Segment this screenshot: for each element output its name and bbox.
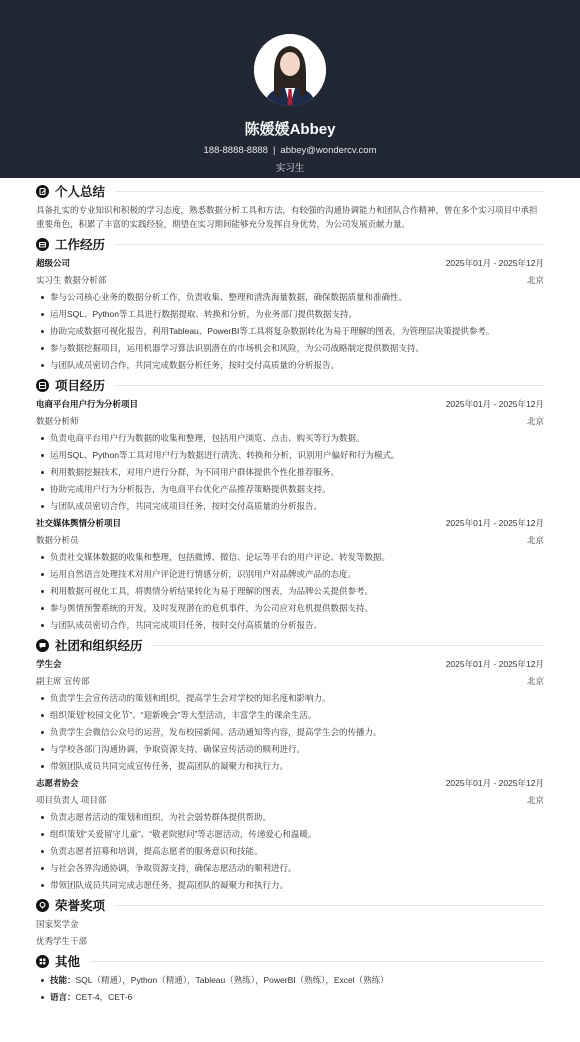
briefcase-icon xyxy=(36,238,49,251)
list-item: 带领团队成员共同完成志愿任务，提高团队的凝聚力和执行力。 xyxy=(36,877,544,894)
candidate-name: 陈媛媛Abbey xyxy=(0,118,580,139)
list-item: 组织策划“校园文化节”、“迎新晚会”等大型活动，丰富学生的课余生活。 xyxy=(36,707,544,724)
award-item: 国家奖学金 xyxy=(36,916,544,933)
list-item: 带领团队成员共同完成宣传任务，提高团队的凝聚力和执行力。 xyxy=(36,758,544,775)
section-divider xyxy=(115,191,544,192)
entry-header: 超级公司 2025年01月 - 2025年12月 xyxy=(36,255,544,272)
work-entry: 超级公司 2025年01月 - 2025年12月 实习生 数据分析部 北京 参与… xyxy=(36,255,544,374)
edit-icon xyxy=(36,185,49,198)
position: 数据分析员 xyxy=(36,532,79,549)
list-item: 参与公司核心业务的数据分析工作，负责收集、整理和清洗海量数据，确保数据质量和准确… xyxy=(36,289,544,306)
date-range: 2025年01月 - 2025年12月 xyxy=(446,396,544,413)
section-title: 个人总结 xyxy=(55,182,105,200)
list-item: 协助完成数据可视化报告，利用Tableau、PowerBI等工具将复杂数据转化为… xyxy=(36,323,544,340)
section-header: 工作经历 xyxy=(36,233,544,255)
item-label: 技能： xyxy=(50,975,76,985)
language-item: 语言：CET-4，CET-6 xyxy=(36,989,544,1006)
date-range: 2025年01月 - 2025年12月 xyxy=(446,775,544,792)
entry-subheader: 数据分析员 北京 xyxy=(36,532,544,549)
section-projects: 项目经历 电商平台用户行为分析项目 2025年01月 - 2025年12月 数据… xyxy=(36,374,544,634)
organization-name: 志愿者协会 xyxy=(36,775,79,792)
section-divider xyxy=(153,645,544,646)
list-item: 负责学生会宣传活动的策划和组织，提高学生会对学校的知名度和影响力。 xyxy=(36,690,544,707)
bullet-list: 负责电商平台用户行为数据的收集和整理，包括用户浏览、点击、购买等行为数据。 运用… xyxy=(36,430,544,515)
project-name: 电商平台用户行为分析项目 xyxy=(36,396,138,413)
section-title: 荣誉奖项 xyxy=(55,896,105,914)
list-item: 与团队成员密切合作，共同完成项目任务，按时交付高质量的分析报告。 xyxy=(36,498,544,515)
list-item: 利用数据挖掘技术，对用户进行分群，为不同用户群体提供个性化推荐服务。 xyxy=(36,464,544,481)
location: 北京 xyxy=(527,792,544,809)
entry-header: 电商平台用户行为分析项目 2025年01月 - 2025年12月 xyxy=(36,396,544,413)
section-summary: 个人总结 具备扎实的专业知识和积极的学习态度，熟悉数据分析工具和方法，有较强的沟… xyxy=(36,180,544,231)
list-item: 负责志愿者活动的策划和组织，为社会弱势群体提供帮助。 xyxy=(36,809,544,826)
list-item: 运用SQL、Python等工具进行数据提取、转换和分析，为业务部门提供数据支持。 xyxy=(36,306,544,323)
skills-item: 技能：SQL（精通），Python（精通），Tableau（熟练），PowerB… xyxy=(36,972,544,989)
position: 数据分析师 xyxy=(36,413,79,430)
bullet-list: 技能：SQL（精通），Python（精通），Tableau（熟练），PowerB… xyxy=(36,972,544,1006)
grid-icon xyxy=(36,955,49,968)
location: 北京 xyxy=(527,413,544,430)
location: 北京 xyxy=(527,673,544,690)
medal-icon xyxy=(36,899,49,912)
phone-number: 188-8888-8888 xyxy=(204,145,268,156)
position: 副主席 宣传部 xyxy=(36,673,89,690)
section-awards: 荣誉奖项 国家奖学金 优秀学生干部 xyxy=(36,894,544,950)
item-value: SQL（精通），Python（精通），Tableau（熟练），PowerBI（熟… xyxy=(76,975,389,985)
list-item: 与学校各部门沟通协调，争取资源支持，确保宣传活动的顺利进行。 xyxy=(36,741,544,758)
list-item: 负责学生会微信公众号的运营，发布校园新闻、活动通知等内容，提高学生会的传播力。 xyxy=(36,724,544,741)
email-address: abbey@wondercv.com xyxy=(280,145,376,156)
entry-subheader: 数据分析师 北京 xyxy=(36,413,544,430)
project-name: 社交媒体舆情分析项目 xyxy=(36,515,121,532)
entry-subheader: 项目负责人 项目部 北京 xyxy=(36,792,544,809)
bullet-list: 参与公司核心业务的数据分析工作，负责收集、整理和清洗海量数据，确保数据质量和准确… xyxy=(36,289,544,374)
section-header: 个人总结 xyxy=(36,180,544,202)
list-item: 运用自然语言处理技术对用户评论进行情感分析，识别用户对品牌或产品的态度。 xyxy=(36,566,544,583)
section-header: 社团和组织经历 xyxy=(36,634,544,656)
list-item: 组织策划“关爱留守儿童”、“敬老院慰问”等志愿活动，传递爱心和温暖。 xyxy=(36,826,544,843)
item-label: 语言： xyxy=(50,992,76,1002)
list-item: 参与舆情预警系统的开发，及时发现潜在的危机事件，为公司应对危机提供数据支持。 xyxy=(36,600,544,617)
contact-separator: | xyxy=(273,145,275,156)
section-header: 荣誉奖项 xyxy=(36,894,544,916)
club-entry: 志愿者协会 2025年01月 - 2025年12月 项目负责人 项目部 北京 负… xyxy=(36,775,544,894)
project-entry: 电商平台用户行为分析项目 2025年01月 - 2025年12月 数据分析师 北… xyxy=(36,396,544,515)
list-item: 与团队成员密切合作，共同完成项目任务，按时交付高质量的分析报告。 xyxy=(36,617,544,634)
list-item: 参与数据挖掘项目，运用机器学习算法识别潜在的市场机会和风险，为公司战略制定提供数… xyxy=(36,340,544,357)
date-range: 2025年01月 - 2025年12月 xyxy=(446,656,544,673)
job-intention: 实习生 xyxy=(0,160,580,174)
section-divider xyxy=(115,905,544,906)
contact-line: 188-8888-8888|abbey@wondercv.com xyxy=(0,145,580,156)
resume-header: 陈媛媛Abbey 188-8888-8888|abbey@wondercv.co… xyxy=(0,0,580,178)
list-item: 利用数据可视化工具，将舆情分析结果转化为易于理解的图表，为品牌公关提供参考。 xyxy=(36,583,544,600)
profile-photo xyxy=(254,34,326,106)
section-other: 其他 技能：SQL（精通），Python（精通），Tableau（熟练），Pow… xyxy=(36,950,544,1006)
award-item: 优秀学生干部 xyxy=(36,933,544,950)
organization-name: 学生会 xyxy=(36,656,62,673)
entry-header: 社交媒体舆情分析项目 2025年01月 - 2025年12月 xyxy=(36,515,544,532)
section-header: 其他 xyxy=(36,950,544,972)
chat-icon xyxy=(36,639,49,652)
section-divider xyxy=(115,385,544,386)
bullet-list: 负责社交媒体数据的收集和整理，包括微博、微信、论坛等平台的用户评论、转发等数据。… xyxy=(36,549,544,634)
list-item: 与社会各界沟通协调，争取资源支持，确保志愿活动的顺利进行。 xyxy=(36,860,544,877)
list-item: 负责电商平台用户行为数据的收集和整理，包括用户浏览、点击、购买等行为数据。 xyxy=(36,430,544,447)
section-title: 其他 xyxy=(55,952,80,970)
section-title: 项目经历 xyxy=(55,376,105,394)
entry-subheader: 实习生 数据分析部 北京 xyxy=(36,272,544,289)
item-value: CET-4，CET-6 xyxy=(76,992,133,1002)
bullet-list: 负责学生会宣传活动的策划和组织，提高学生会对学校的知名度和影响力。 组织策划“校… xyxy=(36,690,544,775)
section-work: 工作经历 超级公司 2025年01月 - 2025年12月 实习生 数据分析部 … xyxy=(36,233,544,374)
list-item: 运用SQL、Python等工具对用户行为数据进行清洗、转换和分析，识别用户偏好和… xyxy=(36,447,544,464)
section-title: 社团和组织经历 xyxy=(55,636,143,654)
section-clubs: 社团和组织经历 学生会 2025年01月 - 2025年12月 副主席 宣传部 … xyxy=(36,634,544,894)
summary-text: 具备扎实的专业知识和积极的学习态度，熟悉数据分析工具和方法，有较强的沟通协调能力… xyxy=(36,204,544,231)
position: 项目负责人 项目部 xyxy=(36,792,106,809)
entry-header: 学生会 2025年01月 - 2025年12月 xyxy=(36,656,544,673)
section-header: 项目经历 xyxy=(36,374,544,396)
list-item: 负责志愿者招募和培训，提高志愿者的服务意识和技能。 xyxy=(36,843,544,860)
organization-name: 超级公司 xyxy=(36,255,70,272)
project-icon xyxy=(36,379,49,392)
bullet-list: 负责志愿者活动的策划和组织，为社会弱势群体提供帮助。 组织策划“关爱留守儿童”、… xyxy=(36,809,544,894)
section-divider xyxy=(115,244,544,245)
section-title: 工作经历 xyxy=(55,235,105,253)
section-divider xyxy=(90,961,544,962)
date-range: 2025年01月 - 2025年12月 xyxy=(446,255,544,272)
list-item: 负责社交媒体数据的收集和整理，包括微博、微信、论坛等平台的用户评论、转发等数据。 xyxy=(36,549,544,566)
date-range: 2025年01月 - 2025年12月 xyxy=(446,515,544,532)
location: 北京 xyxy=(527,532,544,549)
project-entry: 社交媒体舆情分析项目 2025年01月 - 2025年12月 数据分析员 北京 … xyxy=(36,515,544,634)
club-entry: 学生会 2025年01月 - 2025年12月 副主席 宣传部 北京 负责学生会… xyxy=(36,656,544,775)
location: 北京 xyxy=(527,272,544,289)
list-item: 协助完成用户行为分析报告，为电商平台优化产品推荐策略提供数据支持。 xyxy=(36,481,544,498)
entry-header: 志愿者协会 2025年01月 - 2025年12月 xyxy=(36,775,544,792)
resume-body: 个人总结 具备扎实的专业知识和积极的学习态度，熟悉数据分析工具和方法，有较强的沟… xyxy=(36,180,544,1006)
position: 实习生 数据分析部 xyxy=(36,272,106,289)
list-item: 与团队成员密切合作，共同完成数据分析任务，按时交付高质量的分析报告。 xyxy=(36,357,544,374)
entry-subheader: 副主席 宣传部 北京 xyxy=(36,673,544,690)
